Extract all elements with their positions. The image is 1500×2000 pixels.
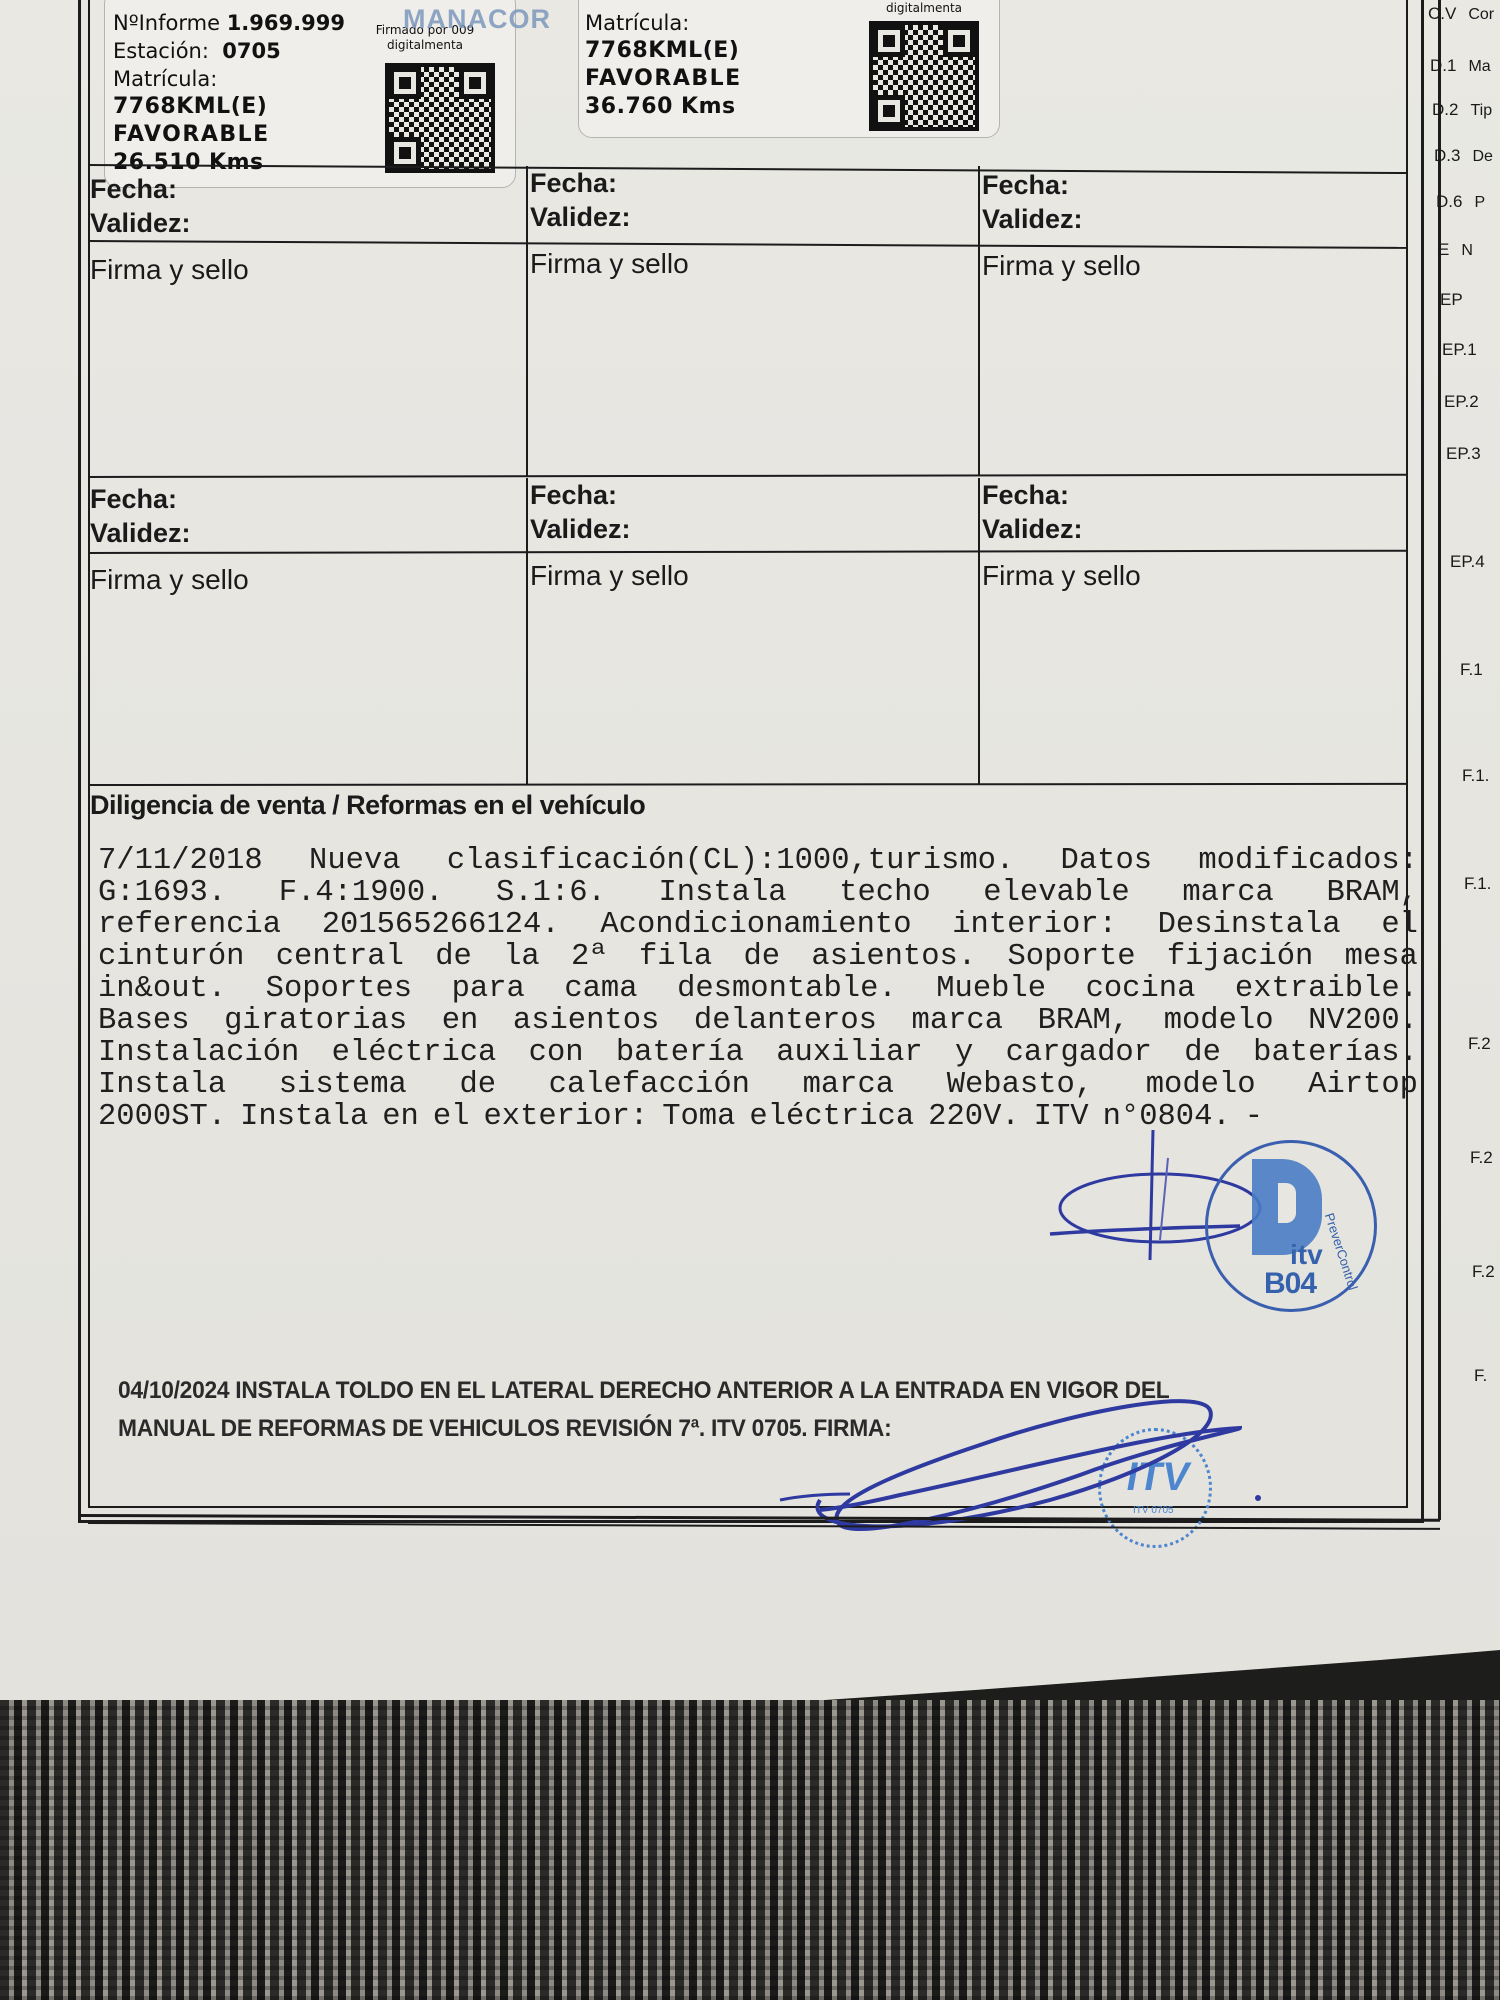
- side-field-code: F.2: [1472, 1262, 1495, 1282]
- signed-note: digitalmenta: [859, 1, 989, 16]
- inspection-cell: Fecha: Validez: Firma y sello: [88, 166, 528, 476]
- reform-2018-line: InstalasistemadecalefacciónmarcaWebasto,…: [98, 1069, 1418, 1101]
- plate-value: 7768KML(E): [585, 37, 742, 65]
- signature-label: Firma y sello: [980, 552, 1406, 592]
- signature-label: Firma y sello: [88, 246, 526, 286]
- signature-label: Firma y sello: [528, 552, 978, 592]
- date-label: Fecha:: [528, 478, 978, 512]
- side-field-code: D.6P: [1436, 192, 1485, 212]
- document-paper: NºInforme 1.969.999 Estación: 0705 Matrí…: [0, 0, 1500, 1715]
- inspection-cell: Fecha: Validez: Firma y sello: [528, 166, 980, 476]
- stamp-code: B04: [1264, 1267, 1316, 1301]
- side-field-code: EP: [1440, 290, 1463, 310]
- reform-2018-line: referencia201565266124.Acondicionamiento…: [98, 909, 1418, 941]
- inspection-cell: Fecha: Validez: Firma y sello: [528, 478, 980, 784]
- side-field-code: F.1.: [1462, 766, 1489, 786]
- side-field-code: EN: [1438, 240, 1473, 260]
- qr-code: [385, 63, 495, 173]
- reform-2018-line: 7/11/2018Nuevaclasificación(CL):1000,tur…: [98, 845, 1418, 877]
- signed-note-2: digitalmenta: [355, 38, 495, 53]
- date-label: Fecha:: [528, 166, 978, 200]
- plate-label: Matrícula:: [113, 65, 345, 93]
- result-value: FAVORABLE: [113, 121, 345, 149]
- side-field-code: F.1: [1460, 660, 1483, 680]
- validity-label: Validez:: [88, 516, 526, 550]
- side-field-code: C.VCor: [1428, 4, 1494, 24]
- reform-2018-line: in&out.Soportesparacamadesmontable.Muebl…: [98, 973, 1418, 1005]
- side-field-code: EP.4: [1450, 552, 1485, 572]
- signature-label: Firma y sello: [88, 556, 526, 596]
- validity-label: Validez:: [88, 206, 526, 240]
- plate-label: Matrícula:: [585, 9, 742, 37]
- side-field-code: F.2: [1468, 1034, 1491, 1054]
- reform-2018-line: cinturóncentraldela2ªfiladeasientos.Sopo…: [98, 941, 1418, 973]
- signature-label: Firma y sello: [528, 240, 978, 280]
- reforms-section-title: Diligencia de venta / Reformas en el veh…: [90, 790, 645, 821]
- fabric-background: [0, 1700, 1500, 2000]
- validity-label: Validez:: [528, 512, 978, 546]
- side-field-code: EP.1: [1442, 340, 1477, 360]
- side-field-code: D.1Ma: [1430, 56, 1491, 76]
- side-field-code: F.1.: [1464, 874, 1491, 894]
- itv-sticker-2: Matrícula: 7768KML(E) FAVORABLE 36.760 K…: [578, 0, 1000, 138]
- date-label: Fecha:: [88, 482, 526, 516]
- side-field-code: D.2Tip: [1432, 100, 1492, 120]
- signature-label: Firma y sello: [980, 242, 1406, 282]
- report-label: NºInforme: [113, 11, 220, 35]
- station-label: Estación:: [113, 39, 209, 63]
- validity-label: Validez:: [980, 512, 1406, 546]
- reform-2018-line: G:1693.F.4:1900.S.1:6.Instalatechoelevab…: [98, 877, 1418, 909]
- side-field-code: F.2: [1470, 1148, 1493, 1168]
- plate-value: 7768KML(E): [113, 93, 345, 121]
- date-label: Fecha:: [980, 478, 1406, 512]
- report-number: 1.969.999: [227, 11, 345, 35]
- station-value: 0705: [222, 39, 280, 63]
- reform-2018-line: Instalacióneléctricaconbateríaauxiliaryc…: [98, 1037, 1418, 1069]
- inspection-cell: Fecha: Validez: Firma y sello: [980, 166, 1406, 476]
- side-field-code: D.3De: [1434, 146, 1493, 166]
- side-field-code: F.: [1474, 1366, 1487, 1386]
- stamp-ring-text: PreverControl: [1322, 1211, 1361, 1292]
- inspection-row-1: Fecha: Validez: Firma y sello Fecha: Val…: [88, 166, 1406, 476]
- manacor-stamp-text: MANACOR: [403, 4, 551, 35]
- validity-label: Validez:: [528, 200, 978, 234]
- inspection-row-2: Fecha: Validez: Firma y sello Fecha: Val…: [88, 478, 1406, 784]
- side-field-codes: C.VCorD.1MaD.2TipD.3DeD.6PENEPEP.1EP.2EP…: [1428, 0, 1500, 1500]
- inspection-cell: Fecha: Validez: Firma y sello: [980, 478, 1406, 784]
- result-value: FAVORABLE: [585, 65, 742, 93]
- date-label: Fecha:: [88, 172, 526, 206]
- mileage-value: 36.760 Kms: [585, 93, 742, 121]
- stamp-2018: itv B04 PreverControl: [1205, 1140, 1377, 1312]
- reform-entry-2018: 7/11/2018Nuevaclasificación(CL):1000,tur…: [98, 845, 1418, 1133]
- qr-code: [869, 21, 979, 131]
- side-field-code: EP.3: [1446, 444, 1481, 464]
- date-label: Fecha:: [980, 168, 1406, 202]
- reform-2018-line: 2000ST.Instalaenelexterior:Tomaeléctrica…: [98, 1101, 1418, 1133]
- side-field-code: EP.2: [1444, 392, 1479, 412]
- reform-2018-line: Basesgiratoriasenasientosdelanterosmarca…: [98, 1005, 1418, 1037]
- validity-label: Validez:: [980, 202, 1406, 236]
- inspection-cell: Fecha: Validez: Firma y sello: [88, 478, 528, 784]
